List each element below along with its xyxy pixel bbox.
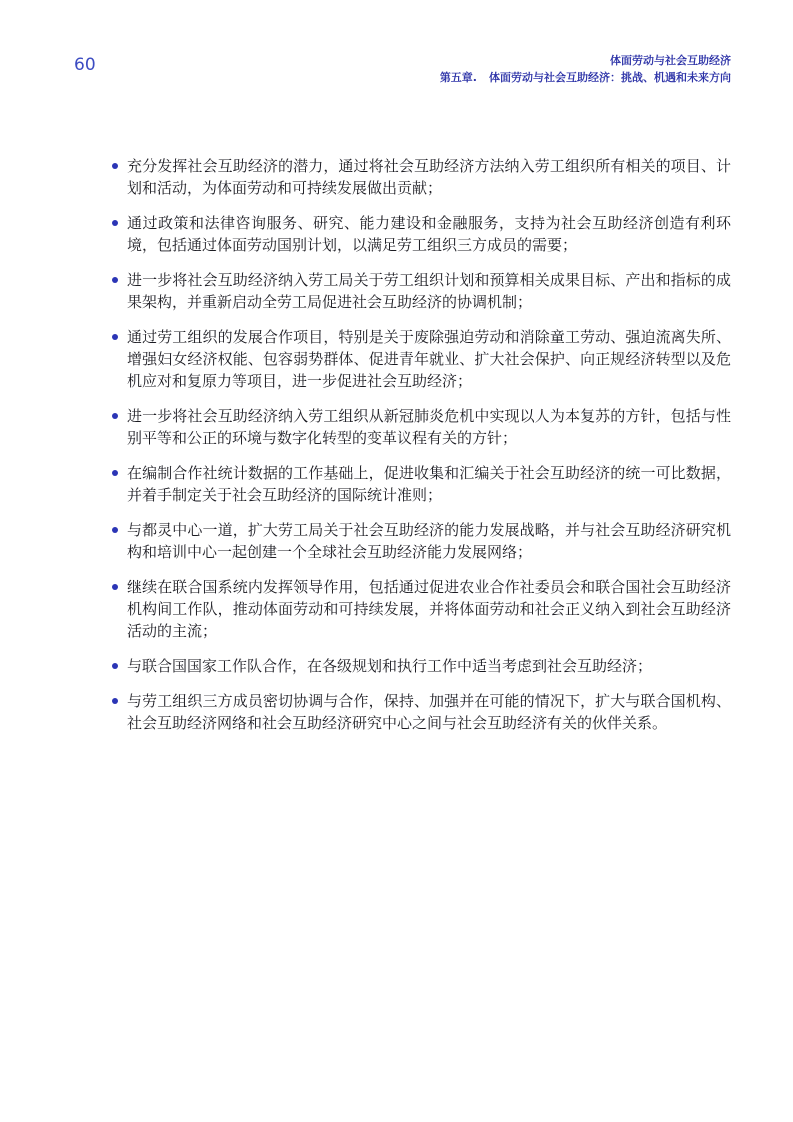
document-page: 60 体面劳动与社会互助经济 第五章.体面劳动与社会互助经济：挑战、机遇和未来方… <box>0 0 793 1122</box>
list-item-text: 进一步将社会互助经济纳入劳工组织从新冠肺炎危机中实现以人为本复苏的方针，包括与性… <box>127 405 731 449</box>
list-item: 与都灵中心一道，扩大劳工局关于社会互助经济的能力发展战略，并与社会互助经济研究机… <box>112 519 731 563</box>
list-item: 与联合国国家工作队合作，在各级规划和执行工作中适当考虑到社会互助经济； <box>112 655 731 677</box>
running-header: 体面劳动与社会互助经济 第五章.体面劳动与社会互助经济：挑战、机遇和未来方向 <box>440 52 731 86</box>
bullet-icon <box>112 413 118 419</box>
list-item-text: 与劳工组织三方成员密切协调与合作，保持、加强并在可能的情况下，扩大与联合国机构、… <box>127 690 731 734</box>
bullet-icon <box>112 163 118 169</box>
list-item-text: 通过劳工组织的发展合作项目，特别是关于废除强迫劳动和消除童工劳动、强迫流离失所、… <box>127 326 731 392</box>
list-item-text: 与都灵中心一道，扩大劳工局关于社会互助经济的能力发展战略，并与社会互助经济研究机… <box>127 519 731 563</box>
bullet-icon <box>112 698 118 704</box>
bullet-icon <box>112 663 118 669</box>
bullet-list: 充分发挥社会互助经济的潜力，通过将社会互助经济方法纳入劳工组织所有相关的项目、计… <box>112 155 731 747</box>
bullet-icon <box>112 334 118 340</box>
bullet-icon <box>112 584 118 590</box>
list-item-text: 在编制合作社统计数据的工作基础上，促进收集和汇编关于社会互助经济的统一可比数据，… <box>127 462 731 506</box>
chapter-number-label: 第五章. <box>440 71 477 84</box>
list-item: 与劳工组织三方成员密切协调与合作，保持、加强并在可能的情况下，扩大与联合国机构、… <box>112 690 731 734</box>
list-item: 进一步将社会互助经济纳入劳工局关于劳工组织计划和预算相关成果目标、产出和指标的成… <box>112 269 731 313</box>
list-item: 通过政策和法律咨询服务、研究、能力建设和金融服务，支持为社会互助经济创造有利环境… <box>112 212 731 256</box>
bullet-icon <box>112 527 118 533</box>
list-item-text: 充分发挥社会互助经济的潜力，通过将社会互助经济方法纳入劳工组织所有相关的项目、计… <box>127 155 731 199</box>
list-item-text: 进一步将社会互助经济纳入劳工局关于劳工组织计划和预算相关成果目标、产出和指标的成… <box>127 269 731 313</box>
list-item-text: 通过政策和法律咨询服务、研究、能力建设和金融服务，支持为社会互助经济创造有利环境… <box>127 212 731 256</box>
list-item: 进一步将社会互助经济纳入劳工组织从新冠肺炎危机中实现以人为本复苏的方针，包括与性… <box>112 405 731 449</box>
bullet-icon <box>112 277 118 283</box>
list-item: 继续在联合国系统内发挥领导作用，包括通过促进农业合作社委员会和联合国社会互助经济… <box>112 576 731 642</box>
bullet-icon <box>112 470 118 476</box>
bullet-icon <box>112 220 118 226</box>
chapter-title: 体面劳动与社会互助经济：挑战、机遇和未来方向 <box>489 71 731 84</box>
list-item-text: 与联合国国家工作队合作，在各级规划和执行工作中适当考虑到社会互助经济； <box>127 655 731 677</box>
running-header-document-title: 体面劳动与社会互助经济 <box>610 54 731 67</box>
list-item: 通过劳工组织的发展合作项目，特别是关于废除强迫劳动和消除童工劳动、强迫流离失所、… <box>112 326 731 392</box>
running-header-chapter-line: 第五章.体面劳动与社会互助经济：挑战、机遇和未来方向 <box>440 69 731 86</box>
list-item-text: 继续在联合国系统内发挥领导作用，包括通过促进农业合作社委员会和联合国社会互助经济… <box>127 576 731 642</box>
page-number: 60 <box>74 54 96 76</box>
list-item: 在编制合作社统计数据的工作基础上，促进收集和汇编关于社会互助经济的统一可比数据，… <box>112 462 731 506</box>
list-item: 充分发挥社会互助经济的潜力，通过将社会互助经济方法纳入劳工组织所有相关的项目、计… <box>112 155 731 199</box>
